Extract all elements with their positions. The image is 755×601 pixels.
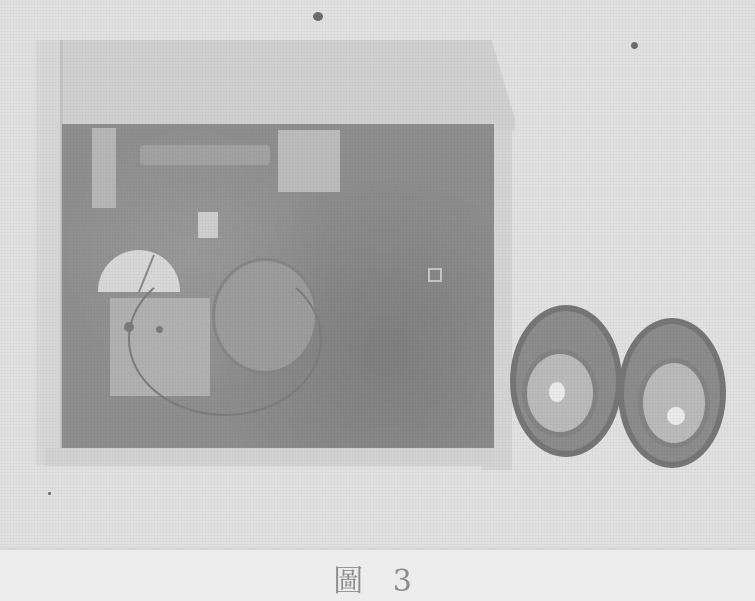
socket-component <box>428 268 442 282</box>
dust-speck <box>313 12 323 21</box>
vacuum-tube-right <box>618 318 726 468</box>
wire-lead <box>128 262 322 416</box>
tube-base-icon <box>522 349 598 437</box>
figure-caption: 圖 3 <box>0 556 755 600</box>
dust-speck <box>631 42 638 49</box>
figure-photo <box>0 0 755 548</box>
coil-component <box>140 145 270 165</box>
vacuum-tube-left <box>510 305 622 457</box>
tube-pin-icon <box>667 407 685 425</box>
dust-speck <box>48 492 51 495</box>
chassis-left-wall <box>36 40 63 465</box>
support-post <box>92 128 116 208</box>
tube-pin-icon <box>549 382 565 402</box>
photo-edge <box>0 548 755 550</box>
chassis-lid <box>45 40 515 130</box>
tube-base-icon <box>638 358 710 448</box>
chassis-base <box>45 448 495 466</box>
capacitor-component <box>198 212 218 238</box>
transformer-component <box>278 130 340 192</box>
